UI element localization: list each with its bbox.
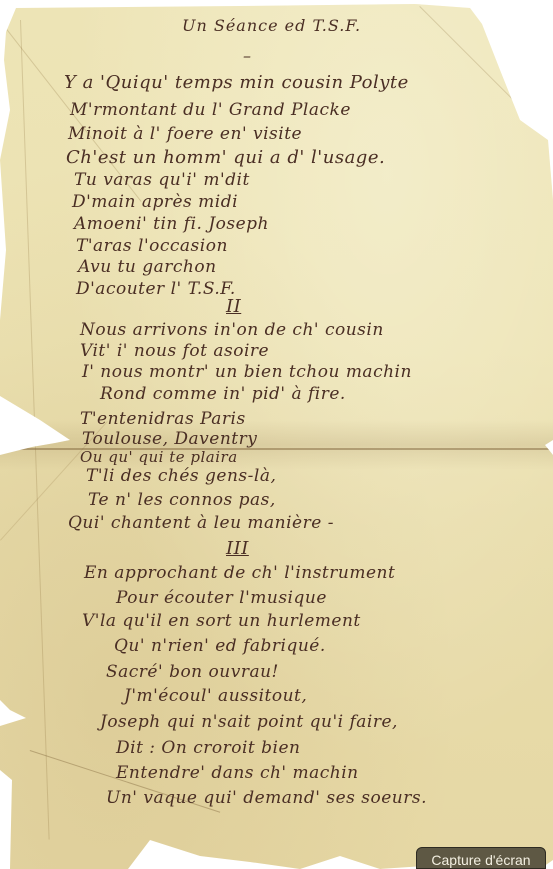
poem-line: T'aras l'occasion [76, 236, 228, 256]
poem-line: D'main après midi [72, 192, 238, 212]
title-dash: – [243, 46, 252, 65]
poem-line: Entendre' dans ch' machin [116, 763, 359, 783]
poem-line: Toulouse, Daventry [82, 429, 257, 449]
poem-line: T'entenidras Paris [80, 409, 246, 429]
handwritten-poem: Un Séance ed T.S.F. – Y a 'Quiqu' temps … [0, 0, 553, 869]
screenshot-label-tooltip: Capture d'écran [416, 847, 546, 869]
poem-line: Amoeni' tin fi. Joseph [74, 214, 269, 234]
poem-line: Vit' i' nous fot asoire [80, 341, 269, 361]
poem-line: Nous arrivons in'on de ch' cousin [80, 320, 384, 340]
poem-line: T'li des chés gens-là, [86, 466, 276, 486]
poem-line: Joseph qui n'sait point qu'i faire, [100, 712, 398, 732]
poem-line: M'rmontant du l' Grand Placke [70, 100, 351, 120]
poem-line: Avu tu garchon [78, 257, 217, 277]
poem-line: Qui' chantent à leu manière - [68, 513, 334, 533]
stanza-numeral: III [226, 538, 249, 559]
poem-line: Pour écouter l'musique [116, 588, 327, 608]
poem-line: Sacré' bon ouvrau! [106, 662, 279, 682]
poem-line: I' nous montr' un bien tchou machin [82, 362, 412, 382]
poem-line: J'm'écoul' aussitout, [124, 686, 307, 706]
stanza-numeral: II [226, 296, 241, 317]
poem-line: D'acouter l' T.S.F. [76, 279, 236, 299]
poem-title: Un Séance ed T.S.F. [182, 16, 361, 35]
poem-line: Minoit à l' foere en' visite [68, 124, 302, 144]
image-viewer: Un Séance ed T.S.F. – Y a 'Quiqu' temps … [0, 0, 553, 869]
poem-line: Ch'est un homm' qui a d' l'usage. [66, 147, 385, 168]
poem-line: Un' vaque qui' demand' ses soeurs. [106, 788, 427, 808]
poem-line: Dit : On croroit bien [116, 738, 300, 758]
poem-line: Tu varas qu'i' m'dit [74, 170, 250, 190]
poem-line: Te n' les connos pas, [88, 490, 276, 510]
poem-line: Rond comme in' pid' à fire. [100, 384, 346, 404]
poem-line: Y a 'Quiqu' temps min cousin Polyte [64, 72, 409, 93]
poem-line: Qu' n'rien' ed fabriqué. [114, 636, 326, 656]
poem-line: En approchant de ch' l'instrument [84, 563, 395, 583]
poem-line: Ou qu' qui te plaira [80, 448, 238, 466]
poem-line: V'la qu'il en sort un hurlement [82, 611, 361, 631]
